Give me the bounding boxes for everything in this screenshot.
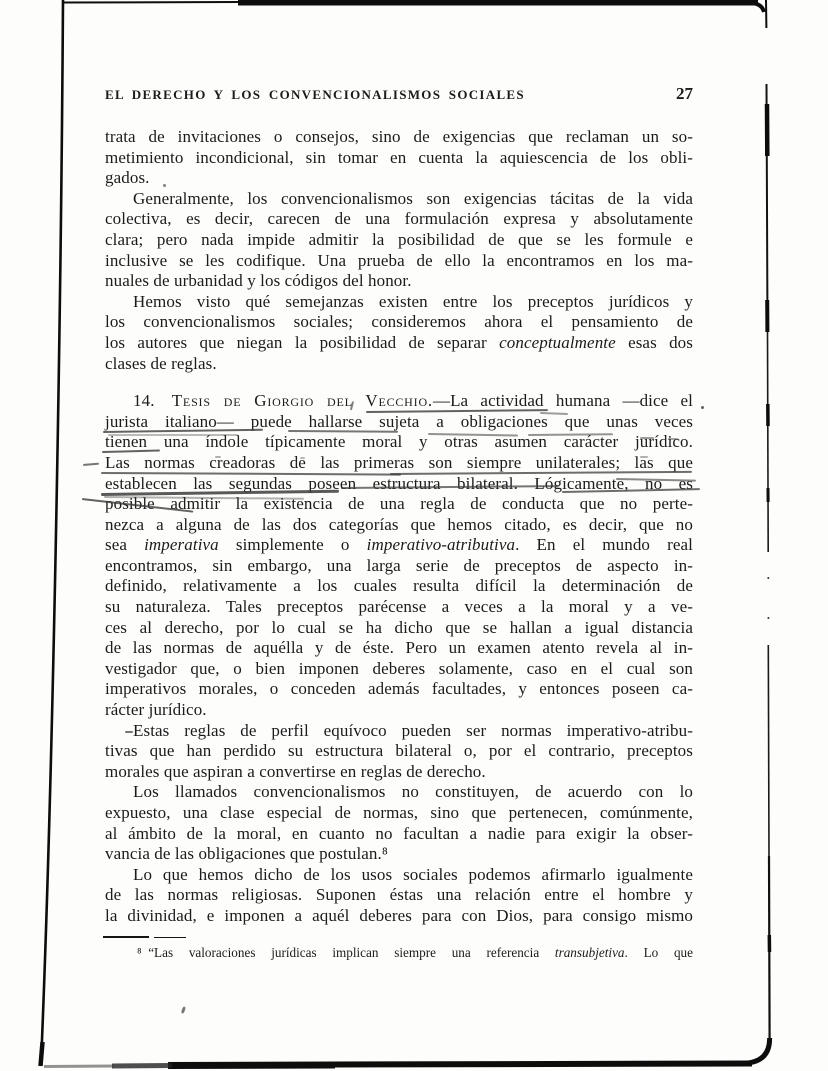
pencil-mark <box>640 437 654 439</box>
text-line: colectiva, es decir, carecen de una form… <box>105 209 693 230</box>
pencil-tick <box>125 731 133 733</box>
text-line: sea imperativa simplemente o imperativo-… <box>105 535 693 556</box>
text-line: su naturaleza. Tales preceptos parécense… <box>105 597 693 618</box>
text-line: al ámbito de la moral, en cuanto no facu… <box>105 824 693 845</box>
text-line: Generalmente, los convencionalismos son … <box>105 189 693 210</box>
footnote-line: ⁸ “Las valoraciones jurídicas implican s… <box>105 945 693 961</box>
text-line: Las normas creadoras de las primeras son… <box>105 453 693 474</box>
scan-speck <box>181 1006 186 1014</box>
text-line: rácter jurídico. <box>105 700 693 721</box>
scan-speck <box>701 406 704 409</box>
text-line: metimiento incondicional, sin tomar en c… <box>105 148 693 169</box>
text-line: la divinidad, e imponen a aquél deberes … <box>105 906 693 927</box>
text-line: gados. <box>105 168 693 189</box>
pencil-mark <box>300 457 305 459</box>
text-line: los autores que niegan la posibilidad de… <box>105 333 693 354</box>
paragraph: Generalmente, los convencionalismos son … <box>105 189 693 292</box>
pencil-margin-dash <box>83 463 99 466</box>
text-line: nuales de urbanidad y los códigos del ho… <box>105 271 693 292</box>
text-line: de las normas religiosas. Suponen éstas … <box>105 885 693 906</box>
paragraph: Lo que hemos dicho de los usos sociales … <box>105 865 693 927</box>
text-line: ces al derecho, por lo cual se ha dicho … <box>105 618 693 639</box>
paragraph: Hemos visto qué semejanzas existen entre… <box>105 292 693 374</box>
text-line: clases de reglas. <box>105 354 693 375</box>
text-line: de las normas de aquélla y de éste. Pero… <box>105 638 693 659</box>
scan-speck <box>163 184 166 187</box>
scanned-book-page: EL DERECHO Y LOS CONVENCIONALISMOS SOCIA… <box>0 0 828 1071</box>
pencil-mark <box>640 456 648 458</box>
text-line: trata de invitaciones o consejos, sino d… <box>105 127 693 148</box>
text-line: imperativos morales, o conceden además f… <box>105 679 693 700</box>
text-line: Estas reglas de perfil equívoco pueden s… <box>105 721 693 742</box>
text-line: vancia de las obligaciones que postulan.… <box>105 844 693 865</box>
text-line: Lo que hemos dicho de los usos sociales … <box>105 865 693 886</box>
running-header: EL DERECHO Y LOS CONVENCIONALISMOS SOCIA… <box>105 84 693 102</box>
paragraph: trata de invitaciones o consejos, sino d… <box>105 127 693 189</box>
paragraph: Estas reglas de perfil equívoco pueden s… <box>105 721 693 783</box>
footnote: ⁸ “Las valoraciones jurídicas implican s… <box>105 945 693 961</box>
text-line: morales que aspiran a convertirse en reg… <box>105 762 693 783</box>
pencil-underline <box>108 434 238 436</box>
footnote-rule <box>105 936 693 939</box>
text-line: tivas que han perdido su estructura bila… <box>105 741 693 762</box>
text-line: inclusive se les codifique. Una prueba d… <box>105 251 693 272</box>
text-line: Hemos visto qué semejanzas existen entre… <box>105 292 693 313</box>
body-text: trata de invitaciones o consejos, sino d… <box>105 127 693 927</box>
text-column: EL DERECHO Y LOS CONVENCIONALISMOS SOCIA… <box>105 84 693 961</box>
paragraph: 14. Tesis de Giorgio del Vecchio.—La act… <box>105 391 693 721</box>
paragraph: Los llamados convencionalismos no consti… <box>105 782 693 864</box>
text-line: clara; pero nada impide admitir la posib… <box>105 230 693 251</box>
text-line: expuesto, una clase especial de normas, … <box>105 803 693 824</box>
text-line: 14. Tesis de Giorgio del Vecchio.—La act… <box>105 391 693 412</box>
text-line: definido, relativamente a los cuales res… <box>105 576 693 597</box>
text-line: nezca a alguna de las dos categorías que… <box>105 515 693 536</box>
text-line: Los llamados convencionalismos no consti… <box>105 782 693 803</box>
running-title: EL DERECHO Y LOS CONVENCIONALISMOS SOCIA… <box>105 87 525 103</box>
pencil-mark <box>668 438 678 440</box>
pencil-mark <box>215 456 221 458</box>
text-line: vestigador que, o bien imponen deberes s… <box>105 659 693 680</box>
text-line: los convencionalismos sociales; consider… <box>105 312 693 333</box>
text-line: encontramos, sin embargo, una larga seri… <box>105 556 693 577</box>
page-number: 27 <box>676 84 693 104</box>
